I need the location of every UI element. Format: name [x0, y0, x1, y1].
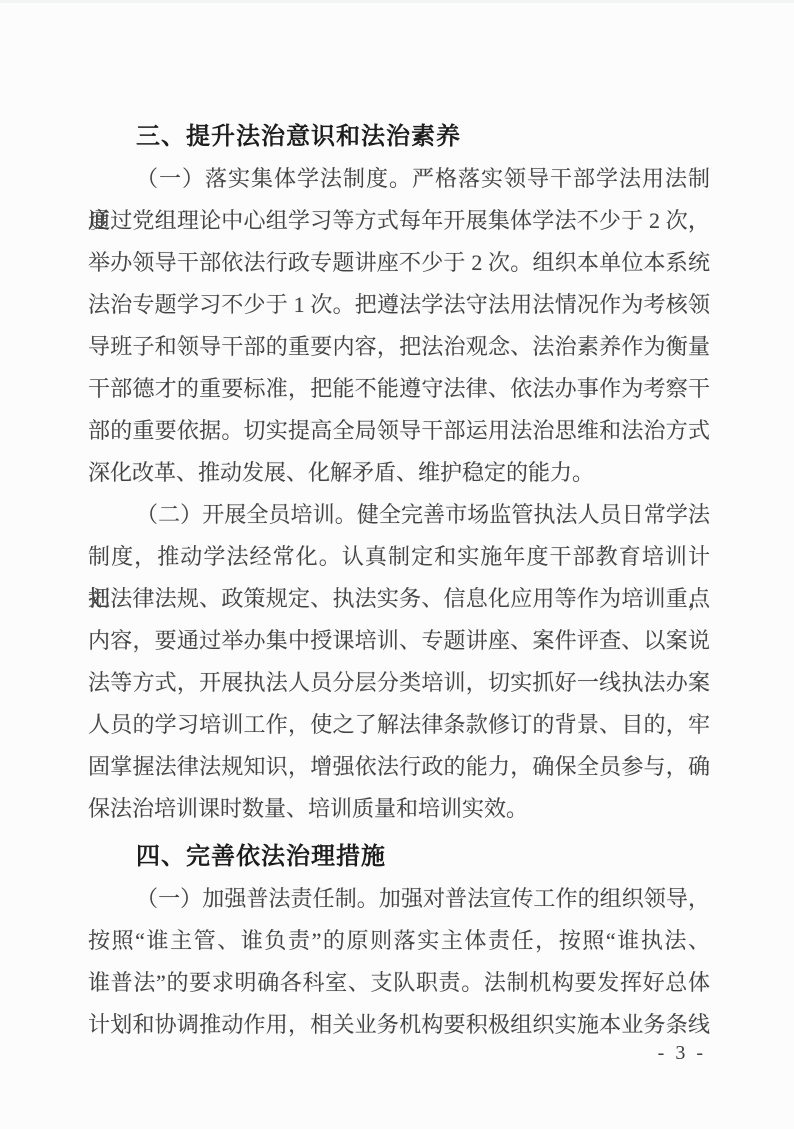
text-line: 按照“谁主管、谁负责”的原则落实主体责任，按照“谁执法、: [88, 920, 710, 962]
text-line: （二）开展全员培训。健全完善市场监管执法人员日常学法: [88, 494, 710, 536]
document-page: 三、提升法治意识和法治素养（一）落实集体学法制度。严格落实领导干部学法用法制度，…: [0, 0, 794, 1129]
text-line: 内容，要通过举办集中授课培训、专题讲座、案件评查、以案说: [88, 620, 710, 662]
text-line: 固掌握法律法规知识，增强依法行政的能力，确保全员参与，确: [88, 746, 710, 788]
text-line: 把法律法规、政策规定、执法实务、信息化应用等作为培训重点: [88, 578, 710, 620]
paragraph: （二）开展全员培训。健全完善市场监管执法人员日常学法制度，推动学法经常化。认真制…: [88, 494, 710, 830]
text-line: 人员的学习培训工作，使之了解法律条款修订的背景、目的，牢: [88, 704, 710, 746]
paragraph: （一）落实集体学法制度。严格落实领导干部学法用法制度，通过党组理论中心组学习等方…: [88, 158, 710, 494]
paragraph: （一）加强普法责任制。加强对普法宣传工作的组织领导，按照“谁主管、谁负责”的原则…: [88, 878, 710, 1046]
text-line: 制度，推动学法经常化。认真制定和实施年度干部教育培训计划，: [88, 536, 710, 578]
text-line: 法等方式，开展执法人员分层分类培训，切实抓好一线执法办案: [88, 662, 710, 704]
text-line: （一）加强普法责任制。加强对普法宣传工作的组织领导，: [88, 878, 710, 920]
page-number: - 3 -: [658, 1042, 706, 1065]
document-body: 三、提升法治意识和法治素养（一）落实集体学法制度。严格落实领导干部学法用法制度，…: [88, 116, 710, 1046]
section-heading: 四、完善依法治理措施: [88, 836, 710, 878]
text-line: 干部德才的重要标准，把能不能遵守法律、依法办事作为考察干: [88, 368, 710, 410]
text-line: 法治专题学习不少于 1 次。把遵法学法守法用法情况作为考核领: [88, 284, 710, 326]
text-line: 保法治培训课时数量、培训质量和培训实效。: [88, 788, 710, 830]
text-line: 计划和协调推动作用，相关业务机构要积极组织实施本业务条线: [88, 1004, 710, 1046]
text-line: 部的重要依据。切实提高全局领导干部运用法治思维和法治方式: [88, 410, 710, 452]
text-line: 通过党组理论中心组学习等方式每年开展集体学法不少于 2 次，: [88, 200, 710, 242]
text-line: （一）落实集体学法制度。严格落实领导干部学法用法制度，: [88, 158, 710, 200]
text-line: 谁普法”的要求明确各科室、支队职责。法制机构要发挥好总体: [88, 962, 710, 1004]
text-line: 导班子和领导干部的重要内容，把法治观念、法治素养作为衡量: [88, 326, 710, 368]
text-line: 举办领导干部依法行政专题讲座不少于 2 次。组织本单位本系统: [88, 242, 710, 284]
text-line: 深化改革、推动发展、化解矛盾、维护稳定的能力。: [88, 452, 710, 494]
section-heading: 三、提升法治意识和法治素养: [88, 116, 710, 158]
